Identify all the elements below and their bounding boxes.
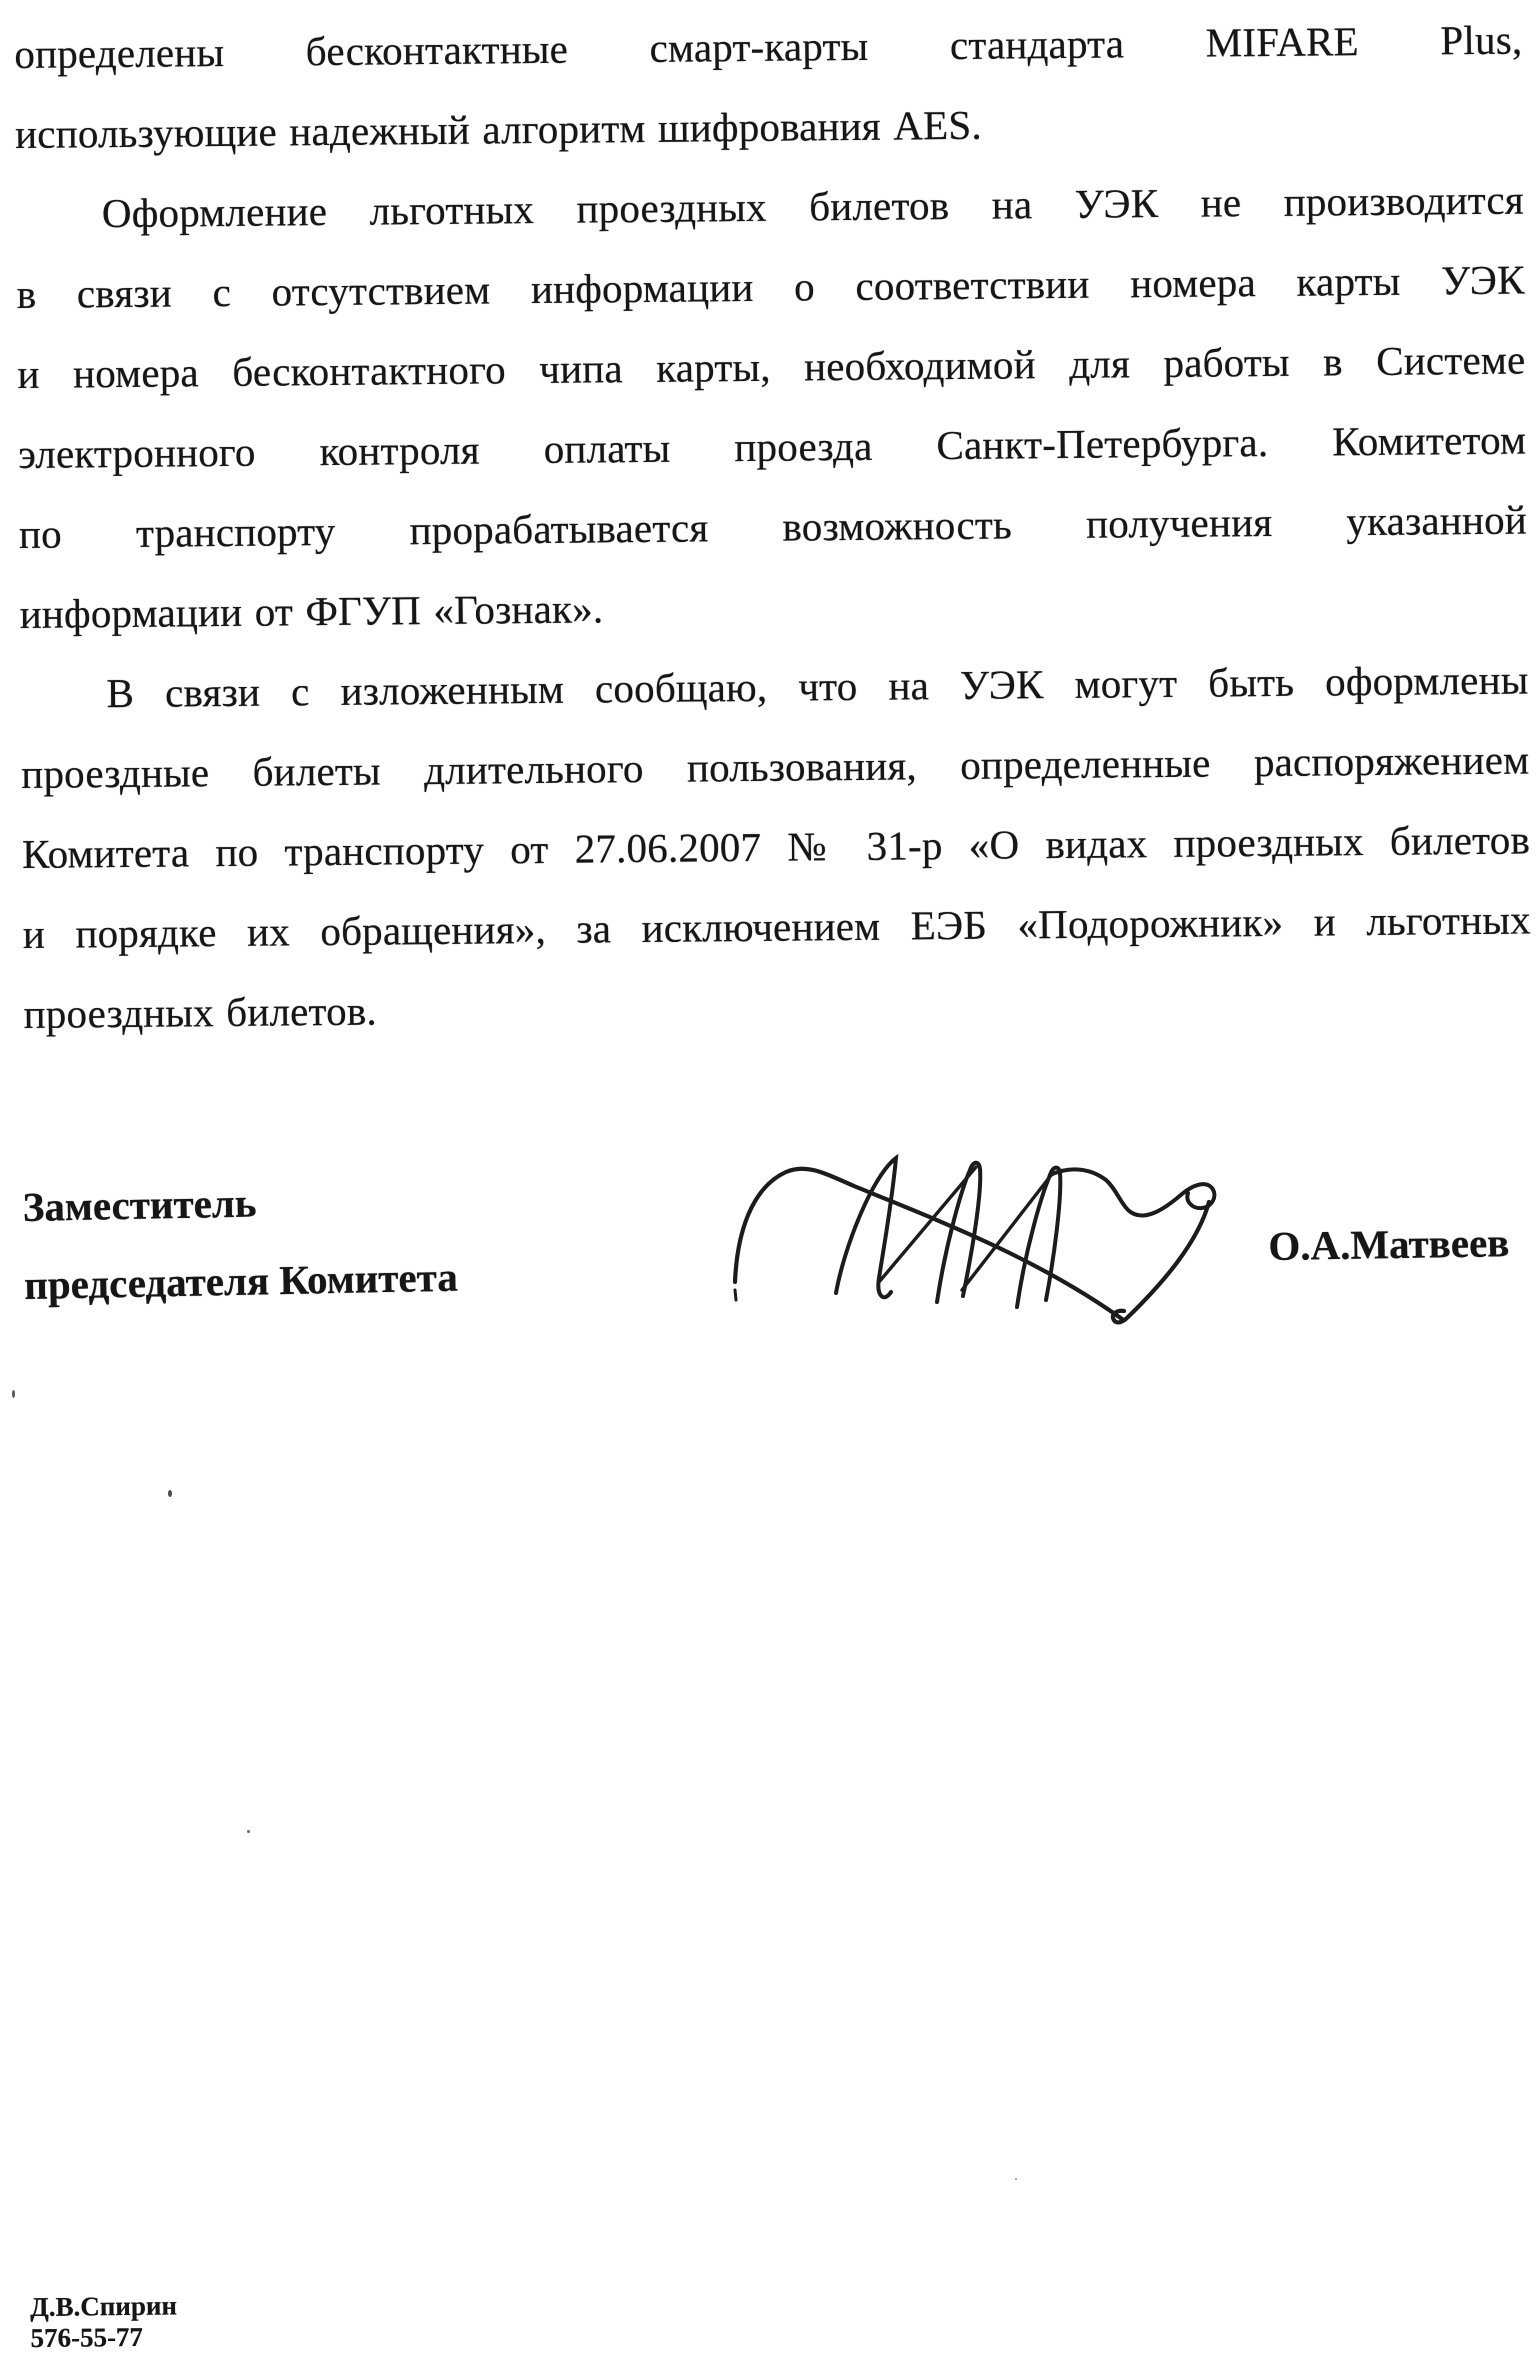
scan-speckle [168,1490,172,1497]
signer-position: Заместитель председателя Комитета [22,1157,585,1324]
text-line: и порядке их обращения», за исключением … [22,879,1531,973]
text-line: использующие надежный алгоритм шифровани… [15,80,1524,174]
signer-position-line: председателя Комитета [23,1235,584,1324]
executor-name: Д.В.Спирин [30,2290,177,2323]
text-line: проездных билетов. [23,959,1532,1053]
scan-speckle [12,1390,15,1398]
text-line: по транспорту прорабатывается возможност… [19,480,1528,574]
text-line: электронного контроля оплаты проезда Сан… [18,400,1527,494]
letter-body: определены бесконтактные смарт-карты ста… [14,0,1532,1054]
signer-name: О.А.Матвеев [1268,1218,1510,1270]
text-line: проездные билеты длительного пользования… [21,719,1530,813]
text-line: и номера бесконтактного чипа карты, необ… [17,320,1526,414]
text-line: информации от ФГУП «Гознак». [19,559,1528,653]
executor-phone: 576-55-77 [30,2321,177,2354]
scan-speckle [247,1830,250,1833]
text-line: в связи с отсутствием информации о соотв… [16,240,1525,334]
signature-scribble [712,1130,1272,1345]
document-page: определены бесконтактные смарт-карты ста… [0,0,1536,2356]
executor-footer: Д.В.Спирин 576-55-77 [30,2290,177,2354]
text-line: Оформление льготных проездных билетов на… [16,160,1525,254]
signer-position-line: Заместитель [22,1157,583,1246]
text-line: определены бесконтактные смарт-карты ста… [14,0,1523,94]
text-line: Комитета по транспорту от 27.06.2007 № 3… [22,799,1531,893]
scan-speckle [1015,2178,1017,2180]
text-line: В связи с изложенным сообщаю, что на УЭК… [20,639,1529,733]
